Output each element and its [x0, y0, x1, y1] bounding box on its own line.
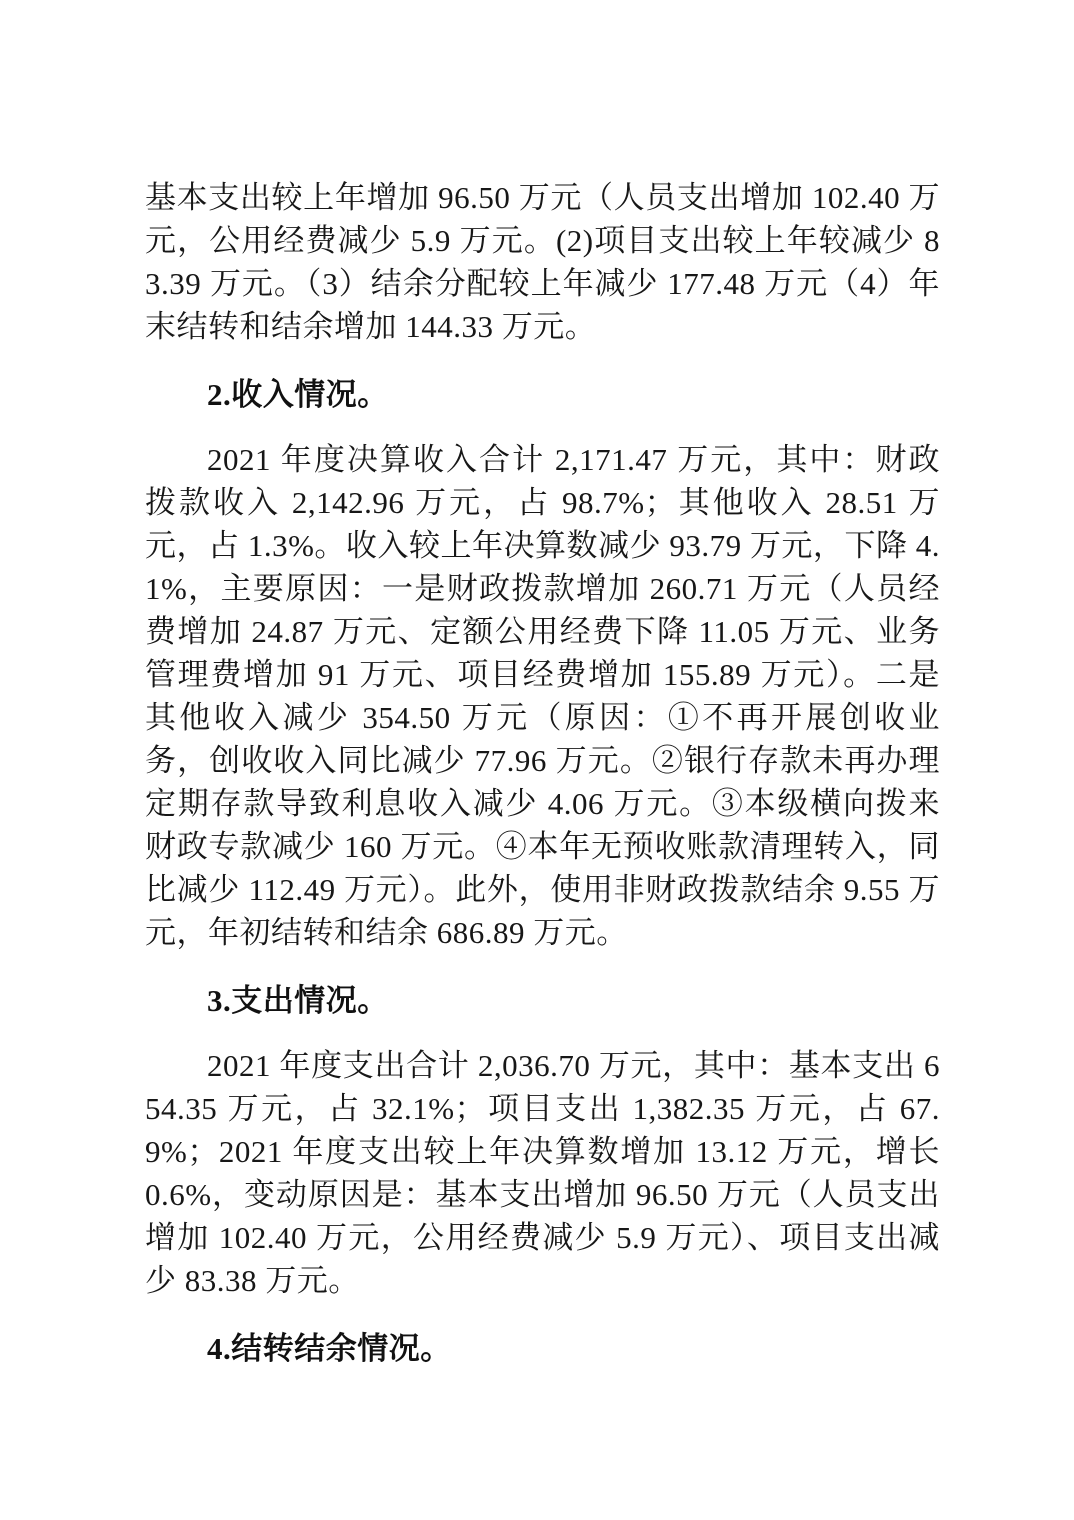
paragraph-basic-expenditure-change: 基本支出较上年增加 96.50 万元（人员支出增加 102.40 万元，公用经费… — [145, 176, 940, 348]
paragraph-expenditure-details: 2021 年度支出合计 2,036.70 万元，其中：基本支出 654.35 万… — [145, 1044, 940, 1302]
heading-income-situation: 2.收入情况。 — [145, 373, 940, 416]
document-page: 基本支出较上年增加 96.50 万元（人员支出增加 102.40 万元，公用经费… — [0, 0, 1074, 1520]
heading-carryover-surplus-situation: 4.结转结余情况。 — [145, 1327, 940, 1370]
paragraph-income-details: 2021 年度决算收入合计 2,171.47 万元，其中：财政拨款收入 2,14… — [145, 438, 940, 954]
heading-expenditure-situation: 3.支出情况。 — [145, 979, 940, 1022]
